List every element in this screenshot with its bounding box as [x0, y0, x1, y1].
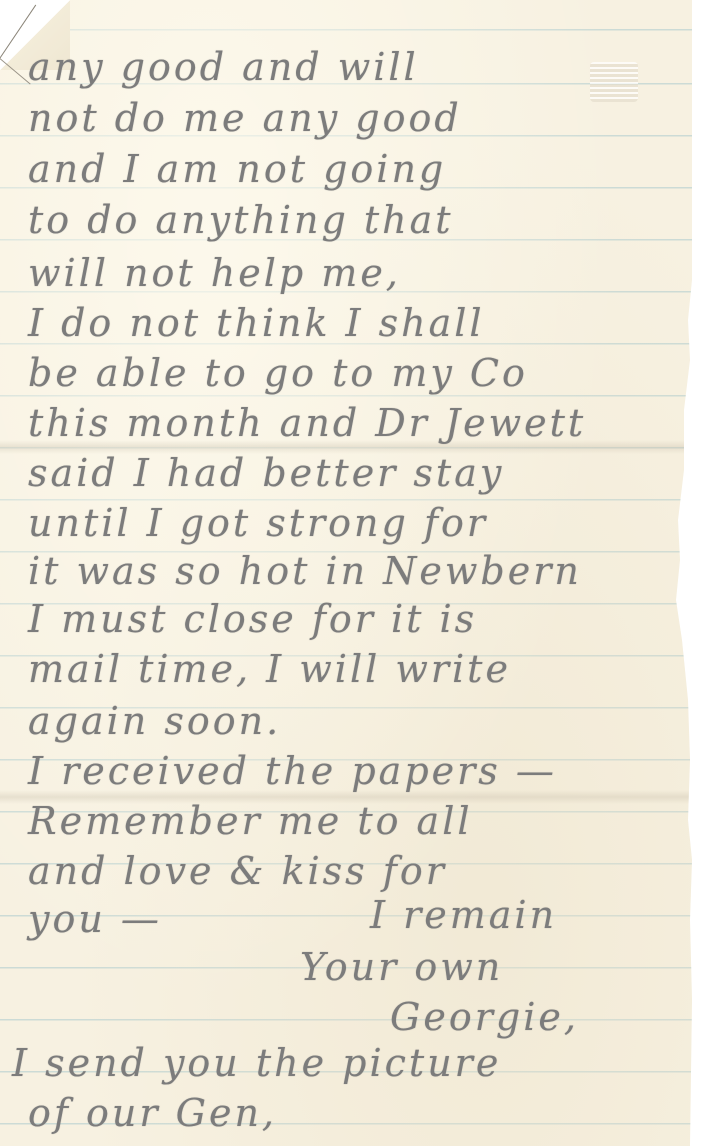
- letter-line: said I had better stay: [28, 454, 504, 492]
- letter-line: any good and will: [28, 48, 419, 86]
- letter-line: until I got strong for: [28, 504, 488, 542]
- letter-line: will not help me,: [28, 254, 401, 292]
- letter-line: Remember me to all: [28, 802, 473, 840]
- letter-line: not do me any good: [28, 99, 462, 137]
- letter-line: to do anything that: [28, 201, 454, 239]
- letter-line: this month and Dr Jewett: [28, 404, 586, 442]
- postscript-line: of our Gen,: [28, 1094, 277, 1132]
- closing-line: Your own: [300, 948, 503, 986]
- letter-line: I do not think I shall: [28, 304, 485, 342]
- letter-line: I received the papers —: [28, 752, 557, 790]
- embossed-stationery-mark: [590, 62, 638, 102]
- signature: Georgie,: [390, 998, 579, 1036]
- letter-line: and I am not going: [28, 150, 446, 188]
- letter-line: and love & kiss for: [28, 852, 447, 890]
- letter-line: be able to go to my Co: [28, 354, 528, 392]
- closing-line: I remain: [370, 896, 557, 934]
- letter-line: you —: [28, 900, 162, 938]
- letter-line: I must close for it is: [28, 600, 477, 638]
- letter-line: again soon.: [28, 702, 281, 740]
- letter-line: mail time, I will write: [28, 650, 511, 688]
- letter-line: it was so hot in Newbern: [28, 552, 582, 590]
- postscript-line: I send you the picture: [12, 1044, 501, 1082]
